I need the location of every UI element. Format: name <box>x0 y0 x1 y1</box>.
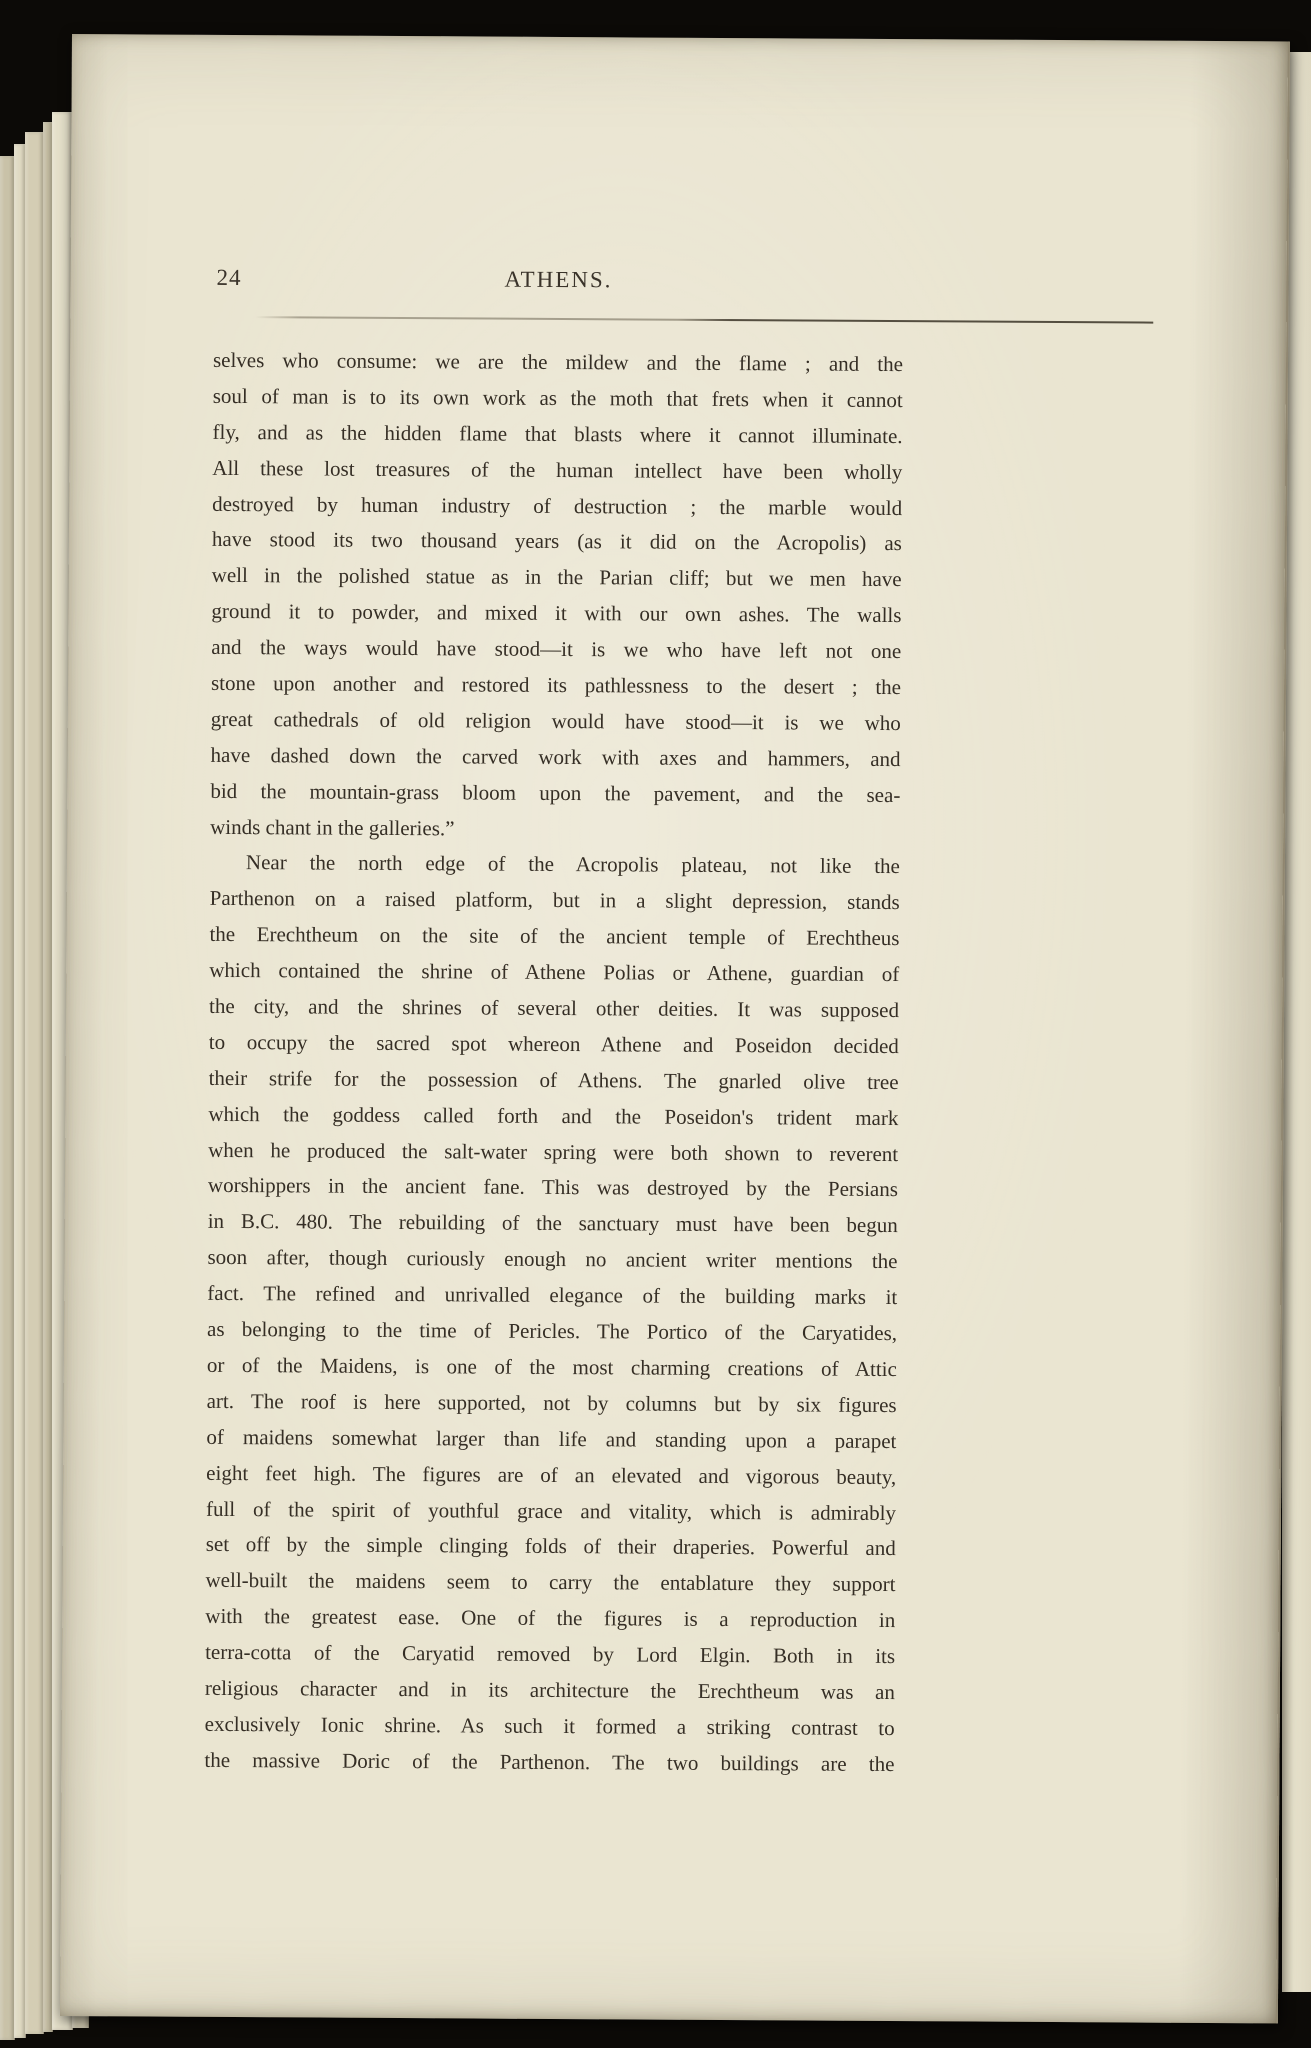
text-line: have dashed down the carved work with ax… <box>210 738 900 778</box>
text-line: their strife for the possession of Athen… <box>209 1061 899 1101</box>
text-line: terra-cotta of the Caryatid removed by L… <box>205 1635 895 1675</box>
text-line: soul of man is to its own work as the mo… <box>213 379 903 419</box>
text-line: fly, and as the hidden flame that blasts… <box>212 415 902 455</box>
text-line: religious character and in its architect… <box>205 1671 895 1711</box>
text-line: with the greatest ease. One of the figur… <box>205 1599 895 1639</box>
text-line: Near the north edge of the Acropolis pla… <box>210 845 900 885</box>
page-edge <box>25 132 44 2034</box>
text-line: fact. The refined and unrivalled eleganc… <box>207 1276 897 1316</box>
text-line: when he produced the salt-water spring w… <box>208 1132 898 1172</box>
text-line: destroyed by human industry of destructi… <box>212 486 902 526</box>
text-line: selves who consume: we are the mildew an… <box>213 343 903 383</box>
text-line: winds chant in the galleries.” <box>210 809 900 849</box>
text-line: to occupy the sacred spot whereon Athene… <box>209 1025 899 1065</box>
text-line: eight feet high. The figures are of an e… <box>206 1455 896 1495</box>
page-edge <box>0 156 15 2040</box>
text-line: ground it to powder, and mixed it with o… <box>211 594 901 634</box>
text-line: and the ways would have stood—it is we w… <box>211 630 901 670</box>
body-text: selves who consume: we are the mildew an… <box>204 343 903 1783</box>
book-page: 24 ATHENS. selves who consume: we are th… <box>60 34 1290 2023</box>
text-line: great cathedrals of old religion would h… <box>211 702 901 742</box>
text-line: in B.C. 480. The rebuilding of the sanct… <box>208 1204 898 1244</box>
text-line: well-built the maidens seem to carry the… <box>205 1563 895 1603</box>
text-line: the city, and the shrines of several oth… <box>209 989 899 1029</box>
text-line: well in the polished statue as in the Pa… <box>212 558 902 598</box>
scanned-book-photo: 24 ATHENS. selves who consume: we are th… <box>0 0 1311 2048</box>
text-line: bid the mountain-grass bloom upon the pa… <box>210 774 900 814</box>
text-line: which the goddess called forth and the P… <box>208 1097 898 1137</box>
text-line: of maidens somewhat larger than life and… <box>206 1420 896 1460</box>
text-line: All these lost treasures of the human in… <box>212 451 902 491</box>
text-line: the massive Doric of the Parthenon. The … <box>204 1743 894 1783</box>
header-rule <box>255 316 1153 323</box>
running-title: ATHENS. <box>213 261 903 299</box>
running-header: 24 ATHENS. <box>213 261 903 299</box>
text-line: as belonging to the time of Pericles. Th… <box>207 1312 897 1352</box>
text-line: or of the Maidens, is one of the most ch… <box>207 1348 897 1388</box>
text-line: the Erechtheum on the site of the ancien… <box>209 917 899 957</box>
text-line: set off by the simple clinging folds of … <box>206 1527 896 1567</box>
text-line: stone upon another and restored its path… <box>211 666 901 706</box>
text-line: Parthenon on a raised platform, but in a… <box>210 881 900 921</box>
text-line: full of the spirit of youthful grace and… <box>206 1491 896 1531</box>
text-line: worshippers in the ancient fane. This wa… <box>208 1168 898 1208</box>
text-line: have stood its two thousand years (as it… <box>212 522 902 562</box>
text-line: which contained the shrine of Athene Pol… <box>209 953 899 993</box>
text-line: soon after, though curiously enough no a… <box>207 1240 897 1280</box>
text-line: art. The roof is here supported, not by … <box>207 1384 897 1424</box>
text-line: exclusively Ionic shrine. As such it for… <box>205 1707 895 1747</box>
